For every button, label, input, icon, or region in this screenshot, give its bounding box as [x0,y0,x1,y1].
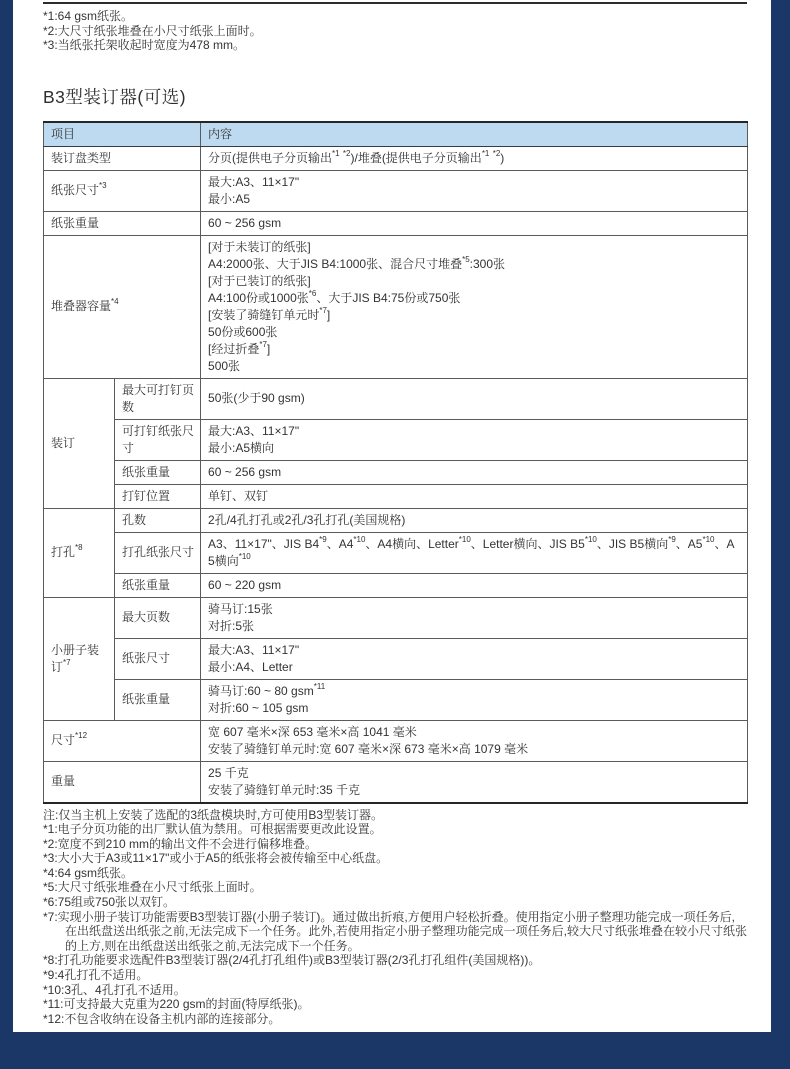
sub-label: 打孔纸张尺寸 [115,532,201,573]
sub-label: 打钉位置 [115,484,201,508]
sub-label: 纸张重量 [115,573,201,597]
row-content: 60 ~ 256 gsm [201,460,748,484]
row-content: 25 千克 安装了骑缝钉单元时:35 千克 [201,761,748,803]
cell-line: 最大:A3、11×17" [208,174,741,191]
sub-label: 纸张重量 [115,460,201,484]
cell-line: 最小:A5 [208,191,741,208]
cell-line: 安装了骑缝钉单元时:35 千克 [208,782,741,799]
spec-row-punch-holes: 打孔*8 孔数 2孔/4孔打孔或2孔/3孔打孔(美国规格) [44,508,748,532]
row-content: 最大:A3、11×17" 最小:A5横向 [201,419,748,460]
footnote-line: *4:64 gsm纸张。 [43,866,747,881]
cell-line: 安装了骑缝钉单元时:宽 607 毫米×深 673 毫米×高 1079 毫米 [208,741,741,758]
sub-label: 纸张重量 [115,679,201,720]
cell-line: 500张 [208,358,741,375]
spec-row-staple-position: 打钉位置 单钉、双钉 [44,484,748,508]
row-label: 纸张尺寸*3 [44,170,201,211]
table-header-row: 项目 内容 [44,122,748,147]
cell-line: 最小:A5横向 [208,440,741,457]
row-content: A3、11×17"、JIS B4*9、A4*10、A4横向、Letter*10、… [201,532,748,573]
cell-line: 骑马订:15张 [208,601,741,618]
column-header-content: 内容 [201,122,748,147]
cell-line: 60 ~ 220 gsm [208,577,741,594]
cell-line: 对折:60 ~ 105 gsm [208,700,741,717]
cell-line: [对于已装订的纸张] [208,273,741,290]
row-label: 尺寸*12 [44,720,201,761]
row-content: 2孔/4孔打孔或2孔/3孔打孔(美国规格) [201,508,748,532]
cell-line: 2孔/4孔打孔或2孔/3孔打孔(美国规格) [208,512,741,529]
footnote-line: 注:仅当主机上安装了选配的3纸盘模块时,方可使用B3型装订器。 [43,808,747,823]
spec-row-dimensions: 尺寸*12 宽 607 毫米×深 653 毫米×高 1041 毫米 安装了骑缝钉… [44,720,748,761]
previous-table-footnotes: *1:64 gsm纸张。 *2:大尺寸纸张堆叠在小尺寸纸张上面时。 *3:当纸张… [43,9,747,53]
cell-line: [安装了骑缝钉单元时*7] [208,307,741,324]
sub-label: 最大可打钉页数 [115,378,201,419]
row-content: 骑马订:60 ~ 80 gsm*11 对折:60 ~ 105 gsm [201,679,748,720]
footnote-line: *3:当纸张托架收起时宽度为478 mm。 [43,38,747,53]
cell-line: 对折:5张 [208,618,741,635]
footnote-line: *11:可支持最大克重为220 gsm的封面(特厚纸张)。 [43,997,747,1012]
row-label: 重量 [44,761,201,803]
spec-row-weight: 重量 25 千克 安装了骑缝钉单元时:35 千克 [44,761,748,803]
spec-row-staple-paper-weight: 纸张重量 60 ~ 256 gsm [44,460,748,484]
row-content: 60 ~ 256 gsm [201,211,748,235]
spec-row-booklet-paper-weight: 纸张重量 骑马订:60 ~ 80 gsm*11 对折:60 ~ 105 gsm [44,679,748,720]
footnote-line: *5:大尺寸纸张堆叠在小尺寸纸张上面时。 [43,880,747,895]
spec-row-stacker-capacity: 堆叠器容量*4 [对于未装订的纸张] A4:2000张、大于JIS B4:100… [44,235,748,378]
row-label: 装订盘类型 [44,146,201,170]
spec-row-staple-paper-size: 可打钉纸张尺寸 最大:A3、11×17" 最小:A5横向 [44,419,748,460]
footnote-line: *3:大小大于A3或11×17"或小于A5的纸张将会被传输至中心纸盘。 [43,851,747,866]
document-page: *1:64 gsm纸张。 *2:大尺寸纸张堆叠在小尺寸纸张上面时。 *3:当纸张… [13,0,771,1032]
footnote-line: *2:大尺寸纸张堆叠在小尺寸纸张上面时。 [43,24,747,39]
page-content: *1:64 gsm纸张。 *2:大尺寸纸张堆叠在小尺寸纸张上面时。 *3:当纸张… [43,2,747,1026]
cell-line: 最小:A4、Letter [208,659,741,676]
spec-row-booklet-paper-size: 纸张尺寸 最大:A3、11×17" 最小:A4、Letter [44,638,748,679]
cell-line: 50张(少于90 gsm) [208,390,741,407]
cell-line: 60 ~ 256 gsm [208,215,741,232]
spec-table: 项目 内容 装订盘类型 分页(提供电子分页输出*1 *2)/堆叠(提供电子分页输… [43,121,748,804]
row-content: [对于未装订的纸张] A4:2000张、大于JIS B4:1000张、混合尺寸堆… [201,235,748,378]
cell-line: 骑马订:60 ~ 80 gsm*11 [208,683,741,700]
cell-line: 25 千克 [208,765,741,782]
previous-table-bottom-rule [43,2,747,4]
cell-line: 60 ~ 256 gsm [208,464,741,481]
row-content: 单钉、双钉 [201,484,748,508]
spec-row-paper-weight: 纸张重量 60 ~ 256 gsm [44,211,748,235]
row-content: 骑马订:15张 对折:5张 [201,597,748,638]
column-header-item: 项目 [44,122,201,147]
sub-label: 可打钉纸张尺寸 [115,419,201,460]
sub-label: 纸张尺寸 [115,638,201,679]
table-footnotes: 注:仅当主机上安装了选配的3纸盘模块时,方可使用B3型装订器。 *1:电子分页功… [43,808,747,1027]
row-content: 60 ~ 220 gsm [201,573,748,597]
section-title: B3型装订器(可选) [43,84,747,109]
footnote-line: *10:3孔、4孔打孔不适用。 [43,983,747,998]
cell-line: 分页(提供电子分页输出*1 *2)/堆叠(提供电子分页输出*1 *2) [208,150,741,167]
footnote-line: *1:电子分页功能的出厂默认值为禁用。可根据需要更改此设置。 [43,822,747,837]
row-content: 宽 607 毫米×深 653 毫米×高 1041 毫米 安装了骑缝钉单元时:宽 … [201,720,748,761]
sub-label: 最大页数 [115,597,201,638]
spec-row-punch-paper-weight: 纸张重量 60 ~ 220 gsm [44,573,748,597]
row-label: 纸张重量 [44,211,201,235]
row-content: 50张(少于90 gsm) [201,378,748,419]
footnote-line: *9:4孔打孔不适用。 [43,968,747,983]
row-content: 分页(提供电子分页输出*1 *2)/堆叠(提供电子分页输出*1 *2) [201,146,748,170]
footnote-line: *12:不包含收纳在设备主机内部的连接部分。 [43,1012,747,1027]
spec-row-punch-paper-size: 打孔纸张尺寸 A3、11×17"、JIS B4*9、A4*10、A4横向、Let… [44,532,748,573]
footnote-line: *1:64 gsm纸张。 [43,9,747,24]
cell-line: A3、11×17"、JIS B4*9、A4*10、A4横向、Letter*10、… [208,536,741,570]
cell-line: 最大:A3、11×17" [208,423,741,440]
spec-row-booklet-max-pages: 小册子装订*7 最大页数 骑马订:15张 对折:5张 [44,597,748,638]
cell-line: 单钉、双钉 [208,488,741,505]
cell-line: [经过折叠*7] [208,341,741,358]
footnote-line: *6:75组或750张以双钉。 [43,895,747,910]
group-label-punch: 打孔*8 [44,508,115,597]
cell-line: 50份或600张 [208,324,741,341]
row-content: 最大:A3、11×17" 最小:A4、Letter [201,638,748,679]
cell-line: 最大:A3、11×17" [208,642,741,659]
cell-line: A4:100份或1000张*6、大于JIS B4:75份或750张 [208,290,741,307]
spec-row-paper-size: 纸张尺寸*3 最大:A3、11×17" 最小:A5 [44,170,748,211]
cell-line: 宽 607 毫米×深 653 毫米×高 1041 毫米 [208,724,741,741]
spec-row-tray-type: 装订盘类型 分页(提供电子分页输出*1 *2)/堆叠(提供电子分页输出*1 *2… [44,146,748,170]
footnote-line: *2:宽度不到210 mm的输出文件不会进行偏移堆叠。 [43,837,747,852]
row-label: 堆叠器容量*4 [44,235,201,378]
footnote-line: *8:打孔功能要求选配件B3型装订器(2/4孔打孔组件)或B3型装订器(2/3孔… [43,953,747,968]
sub-label: 孔数 [115,508,201,532]
row-content: 最大:A3、11×17" 最小:A5 [201,170,748,211]
group-label-staple: 装订 [44,378,115,508]
cell-line: [对于未装订的纸张] [208,239,741,256]
spec-row-staple-max-pages: 装订 最大可打钉页数 50张(少于90 gsm) [44,378,748,419]
cell-line: A4:2000张、大于JIS B4:1000张、混合尺寸堆叠*5:300张 [208,256,741,273]
group-label-booklet: 小册子装订*7 [44,597,115,720]
footnote-line: *7:实现小册子装订功能需要B3型装订器(小册子装订)。通过做出折痕,方便用户轻… [43,910,747,954]
